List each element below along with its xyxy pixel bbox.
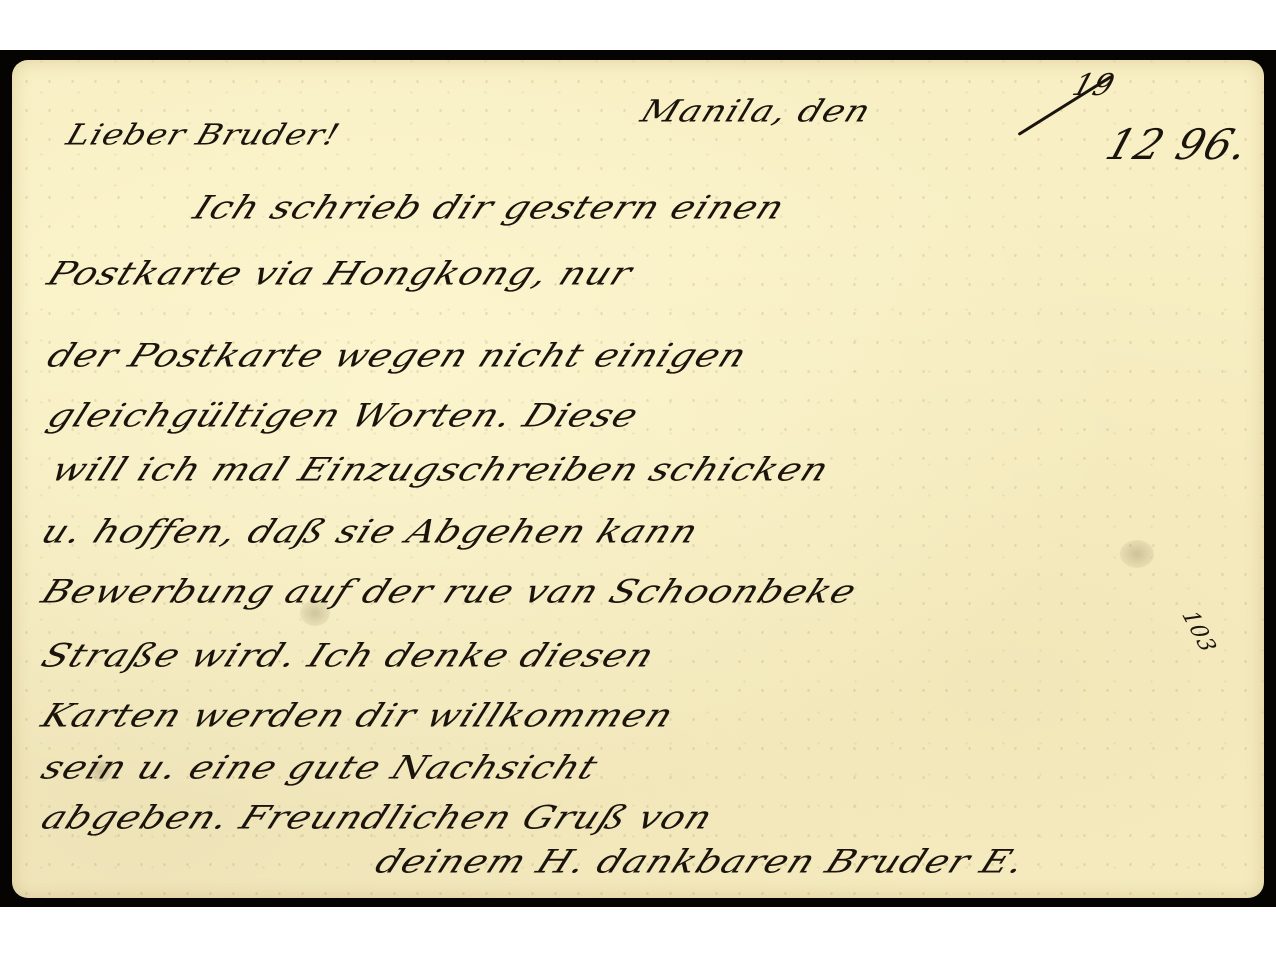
salutation: Lieber Bruder! bbox=[62, 118, 345, 152]
body-line: Straße wird. Ich denke diesen bbox=[36, 637, 661, 674]
place-line: Manila, den bbox=[636, 94, 876, 129]
signature-line: deinem H. dankbaren Bruder E. bbox=[370, 843, 1032, 880]
body-line: Bewerbung auf der rue van Schoonbeke bbox=[36, 573, 863, 610]
body-line: sein u. eine gute Nachsicht bbox=[36, 749, 604, 786]
ink-smudge bbox=[1120, 540, 1154, 568]
body-line: will ich mal Einzugschreiben schicken bbox=[46, 451, 835, 488]
body-line: abgeben. Freundlichen Gruß von bbox=[36, 799, 719, 836]
body-line: gleichgültigen Worten. Diese bbox=[42, 397, 645, 434]
body-line: der Postkarte wegen nicht einigen bbox=[42, 337, 753, 374]
body-line: Ich schrieb dir gestern einen bbox=[188, 189, 791, 226]
body-line: Karten werden dir willkommen bbox=[36, 697, 680, 734]
body-line: Postkarte via Hongkong, nur bbox=[42, 255, 639, 292]
body-line: u. hoffen, daß sie Abgehen kann bbox=[36, 513, 705, 550]
date-month-year: 12 96. bbox=[1100, 120, 1256, 169]
